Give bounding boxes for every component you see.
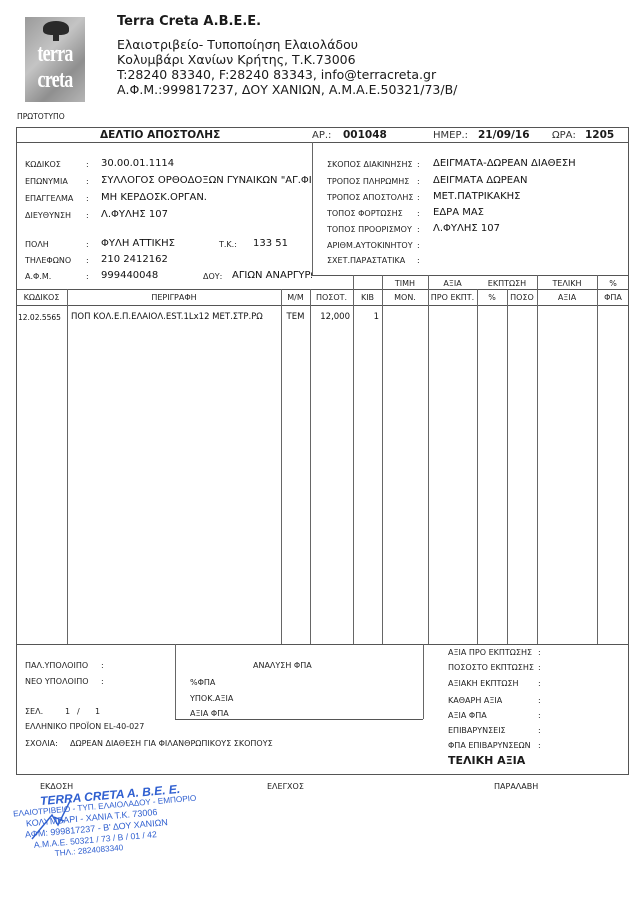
customer-name-label: ΕΠΩΝΥΜΙΑ <box>25 177 68 186</box>
col-divider <box>428 275 429 644</box>
total-pre-discount-label: ΑΞΙΑ ΠΡΟ ΕΚΠΤΩΣΗΣ <box>448 648 532 657</box>
comments-label: ΣΧΟΛΙΑ: <box>25 739 58 748</box>
colon: : <box>417 209 420 218</box>
customer-tax-office-label: ΔΟΥ: <box>203 272 222 281</box>
destination: Λ.ΦΥΛΗΣ 107 <box>433 223 500 234</box>
copy-label: ΠΡΩΤΟΤΥΠΟ <box>17 112 65 121</box>
company-tax-info: Α.Φ.Μ.:999817237, ΔΟΥ ΧΑΝΙΩΝ, Α.Μ.Α.Ε.50… <box>117 82 457 97</box>
title-row-divider <box>16 142 629 143</box>
destination-label: ΤΟΠΟΣ ΠΡΟΟΡΙΣΜΟΥ <box>327 225 412 234</box>
company-contact: T:28240 83340, F:28240 83343, info@terra… <box>117 67 436 82</box>
vat-amount-label: ΑΞΙΑ ΦΠΑ <box>190 709 229 718</box>
doc-time: 1205 <box>585 129 614 141</box>
page-label: ΣΕΛ. <box>25 707 43 716</box>
customer-phone-label: ΤΗΛΕΦΩΝΟ <box>25 256 71 265</box>
group-header-value: ΑΞΙΑ <box>428 279 477 288</box>
col-header-final-value: ΑΞΙΑ <box>537 293 597 302</box>
vat-box-bottom <box>175 719 423 720</box>
customer-vat: 999440048 <box>101 270 158 281</box>
document-title: ΔΕΛΤΙΟ ΑΠΟΣΤΟΛΗΣ <box>100 129 220 141</box>
shipping-method-label: ΤΡΟΠΟΣ ΑΠΟΣΤΟΛΗΣ <box>327 193 413 202</box>
company-logo: terra creta <box>25 17 85 102</box>
row-code: 12.02.5565 <box>18 313 61 322</box>
loading-place: ΕΔΡΑ ΜΑΣ <box>433 207 484 218</box>
customer-code: 30.00.01.1114 <box>101 158 174 169</box>
colon: : <box>86 256 89 265</box>
col-header-boxes: ΚΙΒ <box>353 293 382 302</box>
col-divider <box>67 289 68 644</box>
doc-number-label: ΑΡ.: <box>312 130 331 141</box>
table-bottom-rule <box>16 644 629 645</box>
net-value-label: ΚΑΘΑΡΗ ΑΞΙΑ <box>448 696 502 705</box>
group-header-discount: ΕΚΠΤΩΣΗ <box>477 279 537 288</box>
colon: : <box>538 679 541 688</box>
customer-name: ΣΥΛΛΟΓΟΣ ΟΡΘΟΔΟΞΩΝ ΓΥΝΑΙΚΩΝ "ΑΓ.ΦΙ/ <box>101 175 311 186</box>
customer-code-label: ΚΩΔΙΚΟΣ <box>25 160 61 169</box>
customer-address-label: ΔΙΕΥΘΥΝΣΗ <box>25 211 71 220</box>
customer-profession-label: ΕΠΑΓΓΕΛΜΑ <box>25 194 73 203</box>
customer-phone: 210 2412162 <box>101 254 168 265</box>
colon: : <box>86 194 89 203</box>
colon: : <box>417 241 420 250</box>
customer-vat-label: Α.Φ.Μ. <box>25 272 51 281</box>
customer-profession: ΜΗ ΚΕΡΔΟΣΚ.ΟΡΓΑΝ. <box>101 192 207 203</box>
colon: : <box>417 256 420 265</box>
col-divider <box>353 275 354 644</box>
payment-method-label: ΤΡΟΠΟΣ ΠΛΗΡΩΜΗΣ <box>327 177 409 186</box>
company-name: Terra Creta A.B.E.E. <box>117 14 261 29</box>
signature-scribble-icon <box>30 795 90 845</box>
colon: : <box>538 726 541 735</box>
col-divider <box>310 289 311 644</box>
colon: : <box>86 272 89 281</box>
row-unit: ΤΕΜ <box>281 312 310 322</box>
group-header-percent: % <box>597 279 629 288</box>
col-divider <box>382 275 383 644</box>
company-activity: Ελαιοτριβείο- Τυποποίηση Ελαιολάδου <box>117 37 358 52</box>
vat-analysis-title: ΑΝΑΛΥΣΗ ΦΠΑ <box>253 661 312 670</box>
col-divider <box>597 275 598 644</box>
vat-box-left <box>175 644 176 719</box>
loading-place-label: ΤΟΠΟΣ ΦΟΡΤΩΣΗΣ <box>327 209 403 218</box>
page-total: 1 <box>95 707 100 716</box>
vat-percent-label: %ΦΠΑ <box>190 678 215 687</box>
customer-tax-office: ΑΓΙΩΝ ΑΝΑΡΓΥΡΩΝ <box>232 270 312 281</box>
customer-postcode-label: Τ.Κ.: <box>219 240 237 249</box>
surcharges-vat-label: ΦΠΑ ΕΠΙΒΑΡΥΝΣΕΩΝ <box>448 741 531 750</box>
group-header-final: ΤΕΛΙΚΗ <box>537 279 597 288</box>
colon: : <box>101 661 104 670</box>
final-value-label: ΤΕΛΙΚΗ ΑΞΙΑ <box>448 754 525 767</box>
vehicle-number-label: ΑΡΙΘΜ.ΑΥΤΟΚΙΝΗΤΟΥ <box>327 241 413 250</box>
shipping-purpose: ΔΕΙΓΜΑΤΑ-ΔΩΡΕΑΝ ΔΙΑΘΕΣΗ <box>433 158 576 169</box>
related-docs-label: ΣΧΕΤ.ΠΑΡΑΣΤΑΤΙΚΑ <box>327 256 405 265</box>
colon: : <box>538 648 541 657</box>
col-header-description: ΠΕΡΙΓΡΑΦΗ <box>67 293 281 302</box>
colon: : <box>538 663 541 672</box>
row-description: ΠΟΠ ΚΟΛ.Ε.Π.ΕΛΑΙΟΛ.EST.1Lx12 ΜΕΤ.ΣΤΡ.ΡΩ <box>71 312 263 322</box>
col-header-quantity: ΠΟΣΟΤ. <box>310 293 353 302</box>
col-header-discount-amount: ΠΟΣΟ <box>507 293 537 302</box>
product-origin: ΕΛΛΗΝΙΚΟ ΠΡΟΪΟΝ EL-40-027 <box>25 722 144 731</box>
previous-balance-label: ΠΑΛ.ΥΠΟΛΟΙΠΟ <box>25 661 88 670</box>
page-current: 1 <box>65 707 70 716</box>
signature-issue-label: ΕΚΔΟΣΗ <box>40 782 73 791</box>
colon: : <box>538 741 541 750</box>
customer-address: Λ.ΦΥΛΗΣ 107 <box>101 209 168 220</box>
table-top-rule <box>312 275 629 276</box>
colon: : <box>86 160 89 169</box>
col-divider <box>537 275 538 644</box>
col-header-code: ΚΩΔΙΚΟΣ <box>16 293 67 302</box>
customer-city: ΦΥΛΗ ΑΤΤΙΚΗΣ <box>101 238 175 249</box>
col-header-pre-discount: ΠΡΟ ΕΚΠΤ. <box>428 293 477 302</box>
vat-box-right <box>423 644 424 719</box>
colon: : <box>101 677 104 686</box>
colon: : <box>538 711 541 720</box>
shipping-method: ΜΕΤ.ΠΑΤΡΙΚΑΚΗΣ <box>433 191 520 202</box>
shipping-purpose-label: ΣΚΟΠΟΣ ΔΙΑΚΙΝΗΣΗΣ <box>327 160 413 169</box>
olive-tree-trunk <box>53 33 59 41</box>
col-header-unit-price: ΜΟΝ. <box>382 293 428 302</box>
colon: : <box>86 177 89 186</box>
signature-receipt-label: ΠΑΡΑΛΑΒΗ <box>494 782 538 791</box>
doc-time-label: ΩΡΑ: <box>552 130 576 141</box>
colon: : <box>417 225 420 234</box>
new-balance-label: ΝΕΟ ΥΠΟΛΟΙΠΟ <box>25 677 89 686</box>
customer-city-label: ΠΟΛΗ <box>25 240 49 249</box>
logo-word-creta: creta <box>33 67 78 94</box>
customer-postcode: 133 51 <box>253 238 288 249</box>
colon: : <box>417 177 420 186</box>
colon: : <box>86 240 89 249</box>
colon: : <box>538 696 541 705</box>
doc-date: 21/09/16 <box>478 129 530 141</box>
payment-method: ΔΕΙΓΜΑΤΑ ΔΩΡΕΑΝ <box>433 175 527 186</box>
company-address: Κολυμβάρι Χανίων Κρήτης, Τ.Κ.73006 <box>117 52 356 67</box>
surcharges-label: ΕΠΙΒΑΡΥΝΣΕΙΣ <box>448 726 506 735</box>
discount-percent-label: ΠΟΣΟΣΤΟ ΕΚΠΤΩΣΗΣ <box>448 663 534 672</box>
row-quantity: 12,000 <box>310 312 350 322</box>
col-header-vat: ΦΠΑ <box>597 293 629 302</box>
signature-check-label: ΕΛΕΓΧΟΣ <box>267 782 304 791</box>
colon: : <box>417 193 420 202</box>
group-header-price: ΤΙΜΗ <box>382 279 428 288</box>
doc-date-label: ΗΜΕΡ.: <box>433 130 468 141</box>
vat-value-label: ΑΞΙΑ ΦΠΑ <box>448 711 487 720</box>
colon: : <box>417 160 420 169</box>
logo-word-terra: terra <box>33 41 78 68</box>
colon: : <box>86 211 89 220</box>
col-divider <box>507 289 508 644</box>
col-divider <box>477 289 478 644</box>
doc-number: 001048 <box>343 129 387 141</box>
page-separator: / <box>77 707 80 716</box>
info-divider <box>312 142 313 275</box>
col-divider <box>281 289 282 644</box>
col-header-discount-pct: % <box>477 293 507 302</box>
comments: ΔΩΡΕΑΝ ΔΙΑΘΕΣΗ ΓΙΑ ΦΙΛΑΝΘΡΩΠΙΚΟΥΣ ΣΚΟΠΟΥ… <box>70 739 273 748</box>
row-boxes: 1 <box>353 312 379 322</box>
vat-subtotal-label: ΥΠΟΚ.ΑΞΙΑ <box>190 694 233 703</box>
discount-amount-label: ΑΞΙΑΚΗ ΕΚΠΤΩΣΗ <box>448 679 519 688</box>
col-header-unit: Μ/Μ <box>281 293 310 302</box>
